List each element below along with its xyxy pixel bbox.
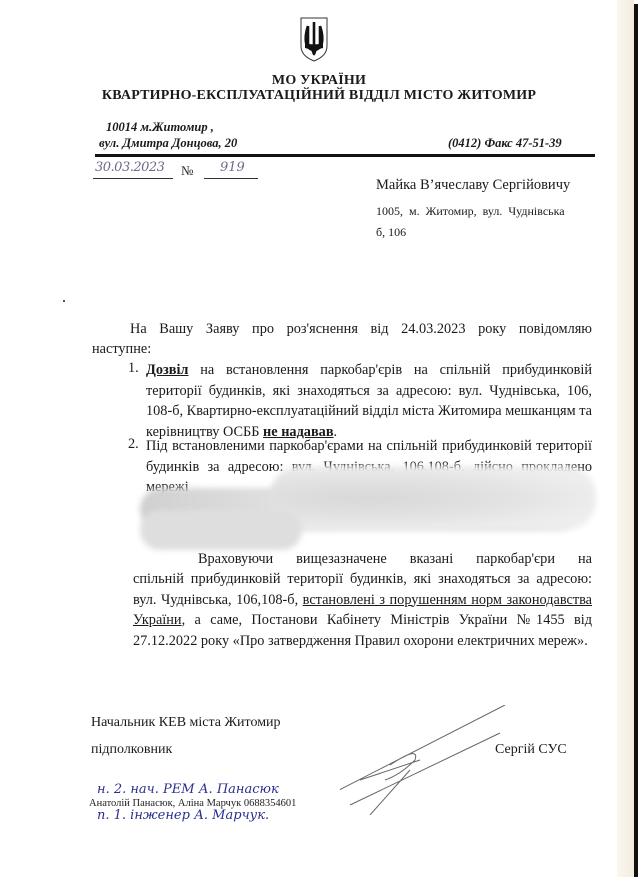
recipient-address-line1: 1005, м. Житомир, вул. Чуднівська	[376, 204, 565, 219]
list-item-permission: Дозвіл на встановлення паркобар'єрів на …	[146, 360, 592, 442]
recipient-address-line2: б, 106	[376, 225, 406, 240]
list-item-number: 1.	[128, 360, 139, 377]
paper-edge	[617, 0, 634, 877]
header-divider	[95, 154, 595, 157]
trident-emblem-icon	[299, 16, 329, 62]
signer-title: Начальник КЕВ міста Житомир	[91, 715, 281, 731]
handwritten-approval-line1: н. 2. нач. РЕМ А. Панасюк	[97, 782, 279, 797]
sender-address-street: вул. Дмитра Донцова, 20	[99, 136, 237, 151]
letter-page: МО УКРАЇНИ КВАРТИРНО-ЕКСПЛУАТАЦІЙНИЙ ВІД…	[0, 0, 638, 877]
org-department: КВАРТИРНО-ЕКСПЛУАТАЦІЙНИЙ ВІДДІЛ МІСТО Ж…	[0, 88, 638, 104]
signer-rank: підполковник	[91, 742, 172, 758]
scan-speck	[63, 300, 65, 302]
org-ministry: МО УКРАЇНИ	[0, 73, 638, 89]
list-item-number: 2.	[128, 436, 139, 453]
intro-paragraph: На Вашу Заяву про роз'яснення від 24.03.…	[130, 319, 592, 340]
scan-border	[634, 4, 638, 877]
number-sign: №	[181, 163, 193, 179]
conclusion-paragraph-first-line: Враховуючи вищезазначене вказані паркоба…	[133, 549, 592, 570]
outgoing-number: 919	[220, 160, 245, 175]
handwritten-signature-icon	[340, 705, 510, 815]
conclusion-paragraph: спільній прибудинковій території будинкі…	[133, 569, 592, 651]
sender-address-city: 10014 м.Житомир ,	[106, 120, 214, 135]
redacted-blur	[140, 510, 302, 550]
sender-fax: (0412) Факс 47-51-39	[448, 136, 562, 151]
handwritten-approval-line2: п. 1. інженер А. Марчук.	[97, 808, 269, 823]
redacted-blur	[270, 466, 596, 530]
recipient-name: Майка В’ячеславу Сергійовичу	[376, 177, 570, 194]
permission-term: Дозвіл	[146, 362, 188, 378]
intro-paragraph-end: наступне:	[92, 339, 151, 360]
outgoing-date: 30.03.2023	[95, 160, 164, 175]
